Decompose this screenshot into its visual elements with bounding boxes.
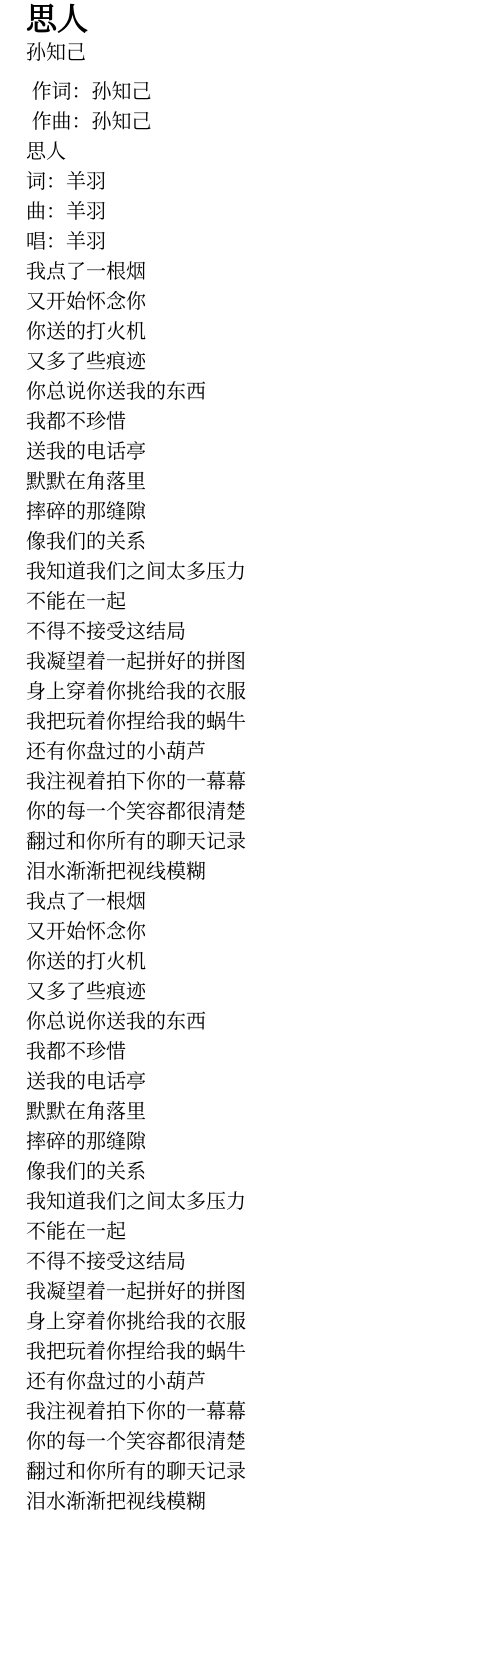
lyric-line: 像我们的关系 [26, 527, 490, 557]
lyric-line: 我知道我们之间太多压力 [26, 557, 490, 587]
lyric-line: 像我们的关系 [26, 1157, 490, 1187]
lyric-line: 泪水渐渐把视线模糊 [26, 857, 490, 887]
lyrics-page: 思人 孙知己 作词：孙知己 作曲：孙知己思人词：羊羽曲：羊羽唱：羊羽我点了一根烟… [0, 0, 500, 1660]
artist-name: 孙知己 [26, 38, 490, 68]
lyric-line: 曲：羊羽 [26, 197, 490, 227]
lyric-line: 我把玩着你捏给我的蜗牛 [26, 707, 490, 737]
lyric-line: 唱：羊羽 [26, 227, 490, 257]
lyric-line: 默默在角落里 [26, 467, 490, 497]
lyric-line: 我凝望着一起拼好的拼图 [26, 647, 490, 677]
lyric-line: 我注视着拍下你的一幕幕 [26, 767, 490, 797]
lyric-line: 身上穿着你挑给我的衣服 [26, 1307, 490, 1337]
lyric-line: 我都不珍惜 [26, 1037, 490, 1067]
lyric-line: 你送的打火机 [26, 947, 490, 977]
lyric-line: 又开始怀念你 [26, 917, 490, 947]
lyric-line: 你的每一个笑容都很清楚 [26, 1427, 490, 1457]
song-title: 思人 [26, 2, 490, 38]
lyric-line: 身上穿着你挑给我的衣服 [26, 677, 490, 707]
lyric-line: 又多了些痕迹 [26, 347, 490, 377]
lyric-line: 我点了一根烟 [26, 257, 490, 287]
lyric-line: 我知道我们之间太多压力 [26, 1187, 490, 1217]
lyric-line: 不得不接受这结局 [26, 1247, 490, 1277]
lyric-line: 思人 [26, 137, 490, 167]
lyric-line: 不得不接受这结局 [26, 617, 490, 647]
lyric-line: 不能在一起 [26, 1217, 490, 1247]
lyric-line: 你的每一个笑容都很清楚 [26, 797, 490, 827]
lyrics-block: 作词：孙知己 作曲：孙知己思人词：羊羽曲：羊羽唱：羊羽我点了一根烟又开始怀念你你… [26, 77, 490, 1517]
lyric-line: 翻过和你所有的聊天记录 [26, 827, 490, 857]
lyric-line: 作曲：孙知己 [26, 107, 490, 137]
lyric-line: 摔碎的那缝隙 [26, 497, 490, 527]
lyric-line: 默默在角落里 [26, 1097, 490, 1127]
lyric-line: 我点了一根烟 [26, 887, 490, 917]
lyric-line: 又多了些痕迹 [26, 977, 490, 1007]
lyric-line: 作词：孙知己 [26, 77, 490, 107]
lyric-line: 又开始怀念你 [26, 287, 490, 317]
lyric-line: 泪水渐渐把视线模糊 [26, 1487, 490, 1517]
lyric-line: 你总说你送我的东西 [26, 1007, 490, 1037]
lyric-line: 我注视着拍下你的一幕幕 [26, 1397, 490, 1427]
lyric-line: 我都不珍惜 [26, 407, 490, 437]
lyric-line: 你总说你送我的东西 [26, 377, 490, 407]
lyric-line: 还有你盘过的小葫芦 [26, 1367, 490, 1397]
lyric-line: 你送的打火机 [26, 317, 490, 347]
lyric-line: 还有你盘过的小葫芦 [26, 737, 490, 767]
lyric-line: 我把玩着你捏给我的蜗牛 [26, 1337, 490, 1367]
lyric-line: 送我的电话亭 [26, 1067, 490, 1097]
lyric-line: 翻过和你所有的聊天记录 [26, 1457, 490, 1487]
lyric-line: 我凝望着一起拼好的拼图 [26, 1277, 490, 1307]
lyric-line: 摔碎的那缝隙 [26, 1127, 490, 1157]
lyric-line: 词：羊羽 [26, 167, 490, 197]
lyric-line: 送我的电话亭 [26, 437, 490, 467]
lyric-line: 不能在一起 [26, 587, 490, 617]
